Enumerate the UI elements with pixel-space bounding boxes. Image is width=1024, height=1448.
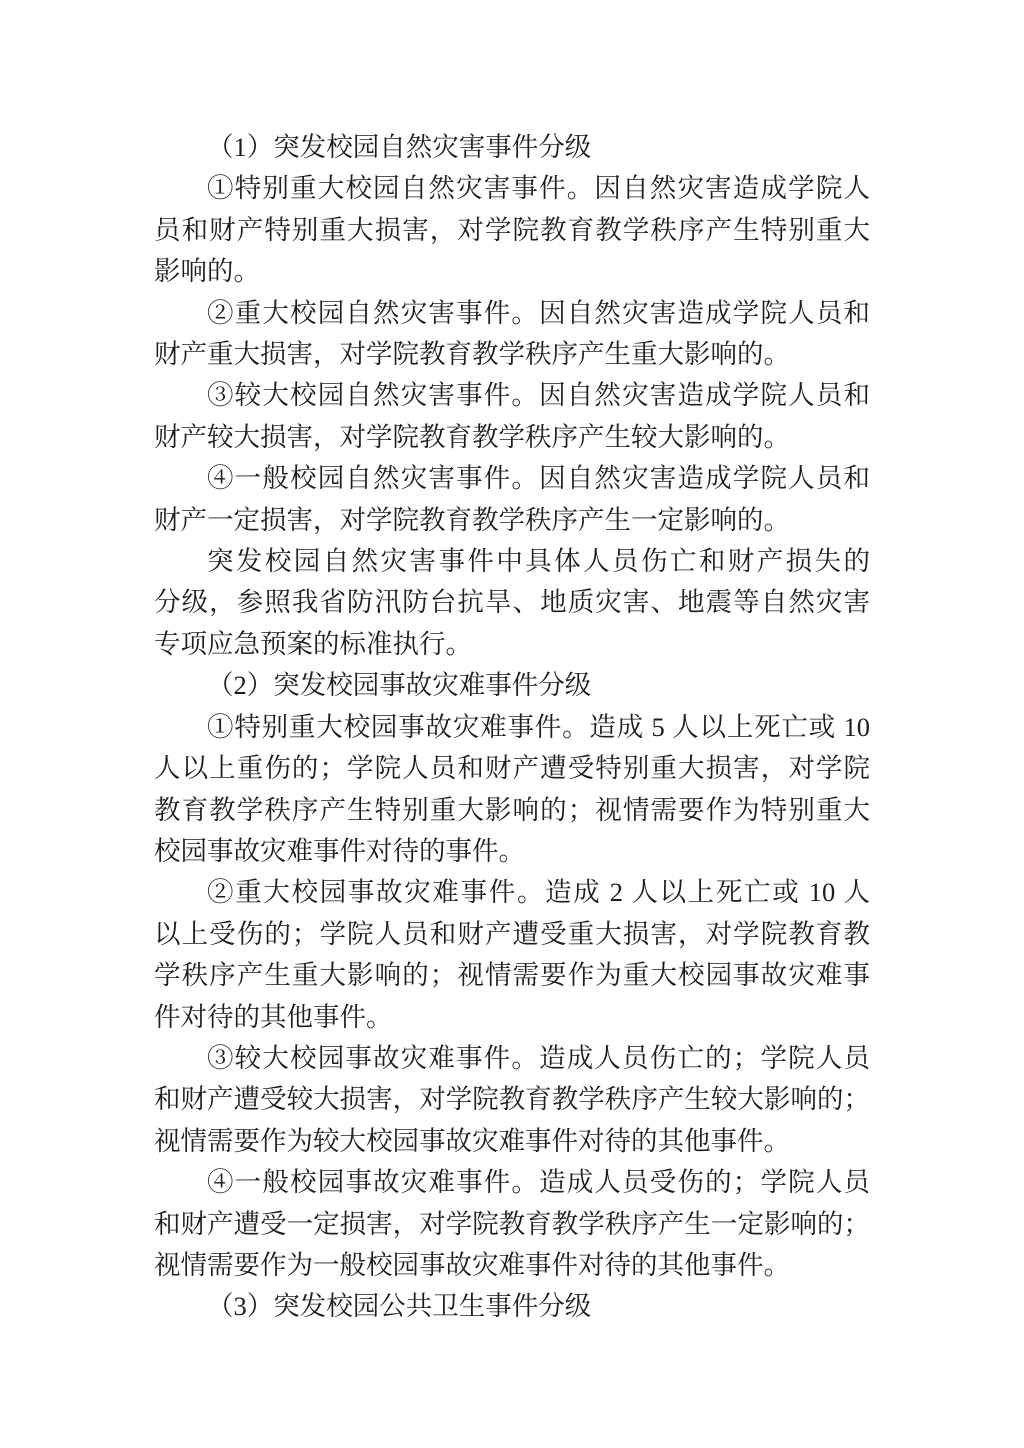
paragraph-line: 员和财产特别重大损害，对学院教育教学秩序产生特别重大	[154, 210, 870, 251]
paragraph-line: 突发校园自然灾害事件中具体人员伤亡和财产损失的	[154, 541, 870, 582]
paragraph-line: 人以上重伤的；学院人员和财产遭受特别重大损害，对学院	[154, 748, 870, 789]
paragraph-line: 学秩序产生重大影响的；视情需要作为重大校园事故灾难事	[154, 955, 870, 996]
paragraph-line: ②重大校园事故灾难事件。造成 2 人以上死亡或 10 人	[154, 872, 870, 913]
paragraph-line: 财产较大损害，对学院教育教学秩序产生较大影响的。	[154, 417, 870, 458]
paragraph-line: 件对待的其他事件。	[154, 997, 870, 1038]
paragraph-line: ④一般校园自然灾害事件。因自然灾害造成学院人员和	[154, 458, 870, 499]
paragraph-line: 影响的。	[154, 251, 870, 292]
paragraph-line: 财产一定损害，对学院教育教学秩序产生一定影响的。	[154, 500, 870, 541]
heading-line: （1）突发校园自然灾害事件分级	[154, 127, 870, 168]
paragraph-line: ③较大校园自然灾害事件。因自然灾害造成学院人员和	[154, 375, 870, 416]
paragraph-line: 以上受伤的；学院人员和财产遭受重大损害，对学院教育教	[154, 914, 870, 955]
paragraph-line: ①特别重大校园事故灾难事件。造成 5 人以上死亡或 10	[154, 707, 870, 748]
paragraph-line: 和财产遭受一定损害，对学院教育教学秩序产生一定影响的；	[154, 1204, 870, 1245]
paragraph-line: 分级，参照我省防汛防台抗旱、地质灾害、地震等自然灾害	[154, 582, 870, 623]
paragraph-line: 校园事故灾难事件对待的事件。	[154, 831, 870, 872]
paragraph-line: 视情需要作为一般校园事故灾难事件对待的其他事件。	[154, 1245, 870, 1286]
heading-line: （2）突发校园事故灾难事件分级	[154, 665, 870, 706]
paragraph-line: 和财产遭受较大损害，对学院教育教学秩序产生较大影响的；	[154, 1079, 870, 1120]
paragraph-line: 专项应急预案的标准执行。	[154, 624, 870, 665]
text-column: （1）突发校园自然灾害事件分级 ①特别重大校园自然灾害事件。因自然灾害造成学院人…	[154, 127, 870, 1328]
document-page: （1）突发校园自然灾害事件分级 ①特别重大校园自然灾害事件。因自然灾害造成学院人…	[0, 0, 1024, 1448]
heading-line: （3）突发校园公共卫生事件分级	[154, 1286, 870, 1327]
paragraph-line: 财产重大损害，对学院教育教学秩序产生重大影响的。	[154, 334, 870, 375]
paragraph-line: ①特别重大校园自然灾害事件。因自然灾害造成学院人	[154, 168, 870, 209]
paragraph-line: ②重大校园自然灾害事件。因自然灾害造成学院人员和	[154, 293, 870, 334]
paragraph-line: ④一般校园事故灾难事件。造成人员受伤的；学院人员	[154, 1162, 870, 1203]
paragraph-line: ③较大校园事故灾难事件。造成人员伤亡的；学院人员	[154, 1038, 870, 1079]
paragraph-line: 视情需要作为较大校园事故灾难事件对待的其他事件。	[154, 1121, 870, 1162]
paragraph-line: 教育教学秩序产生特别重大影响的；视情需要作为特别重大	[154, 790, 870, 831]
